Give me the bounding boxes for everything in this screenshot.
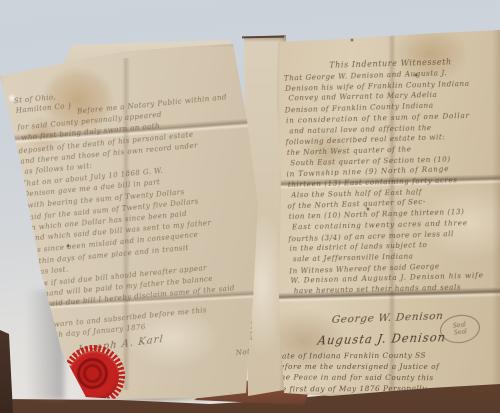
deed-edge-shading	[270, 12, 500, 402]
photo-of-antique-documents: Deed — Denison This Indenture Witnesseth…	[0, 0, 500, 413]
table-edge-left	[0, 328, 13, 413]
deed-page: This Indenture Witnesseth That George W.…	[270, 12, 500, 402]
